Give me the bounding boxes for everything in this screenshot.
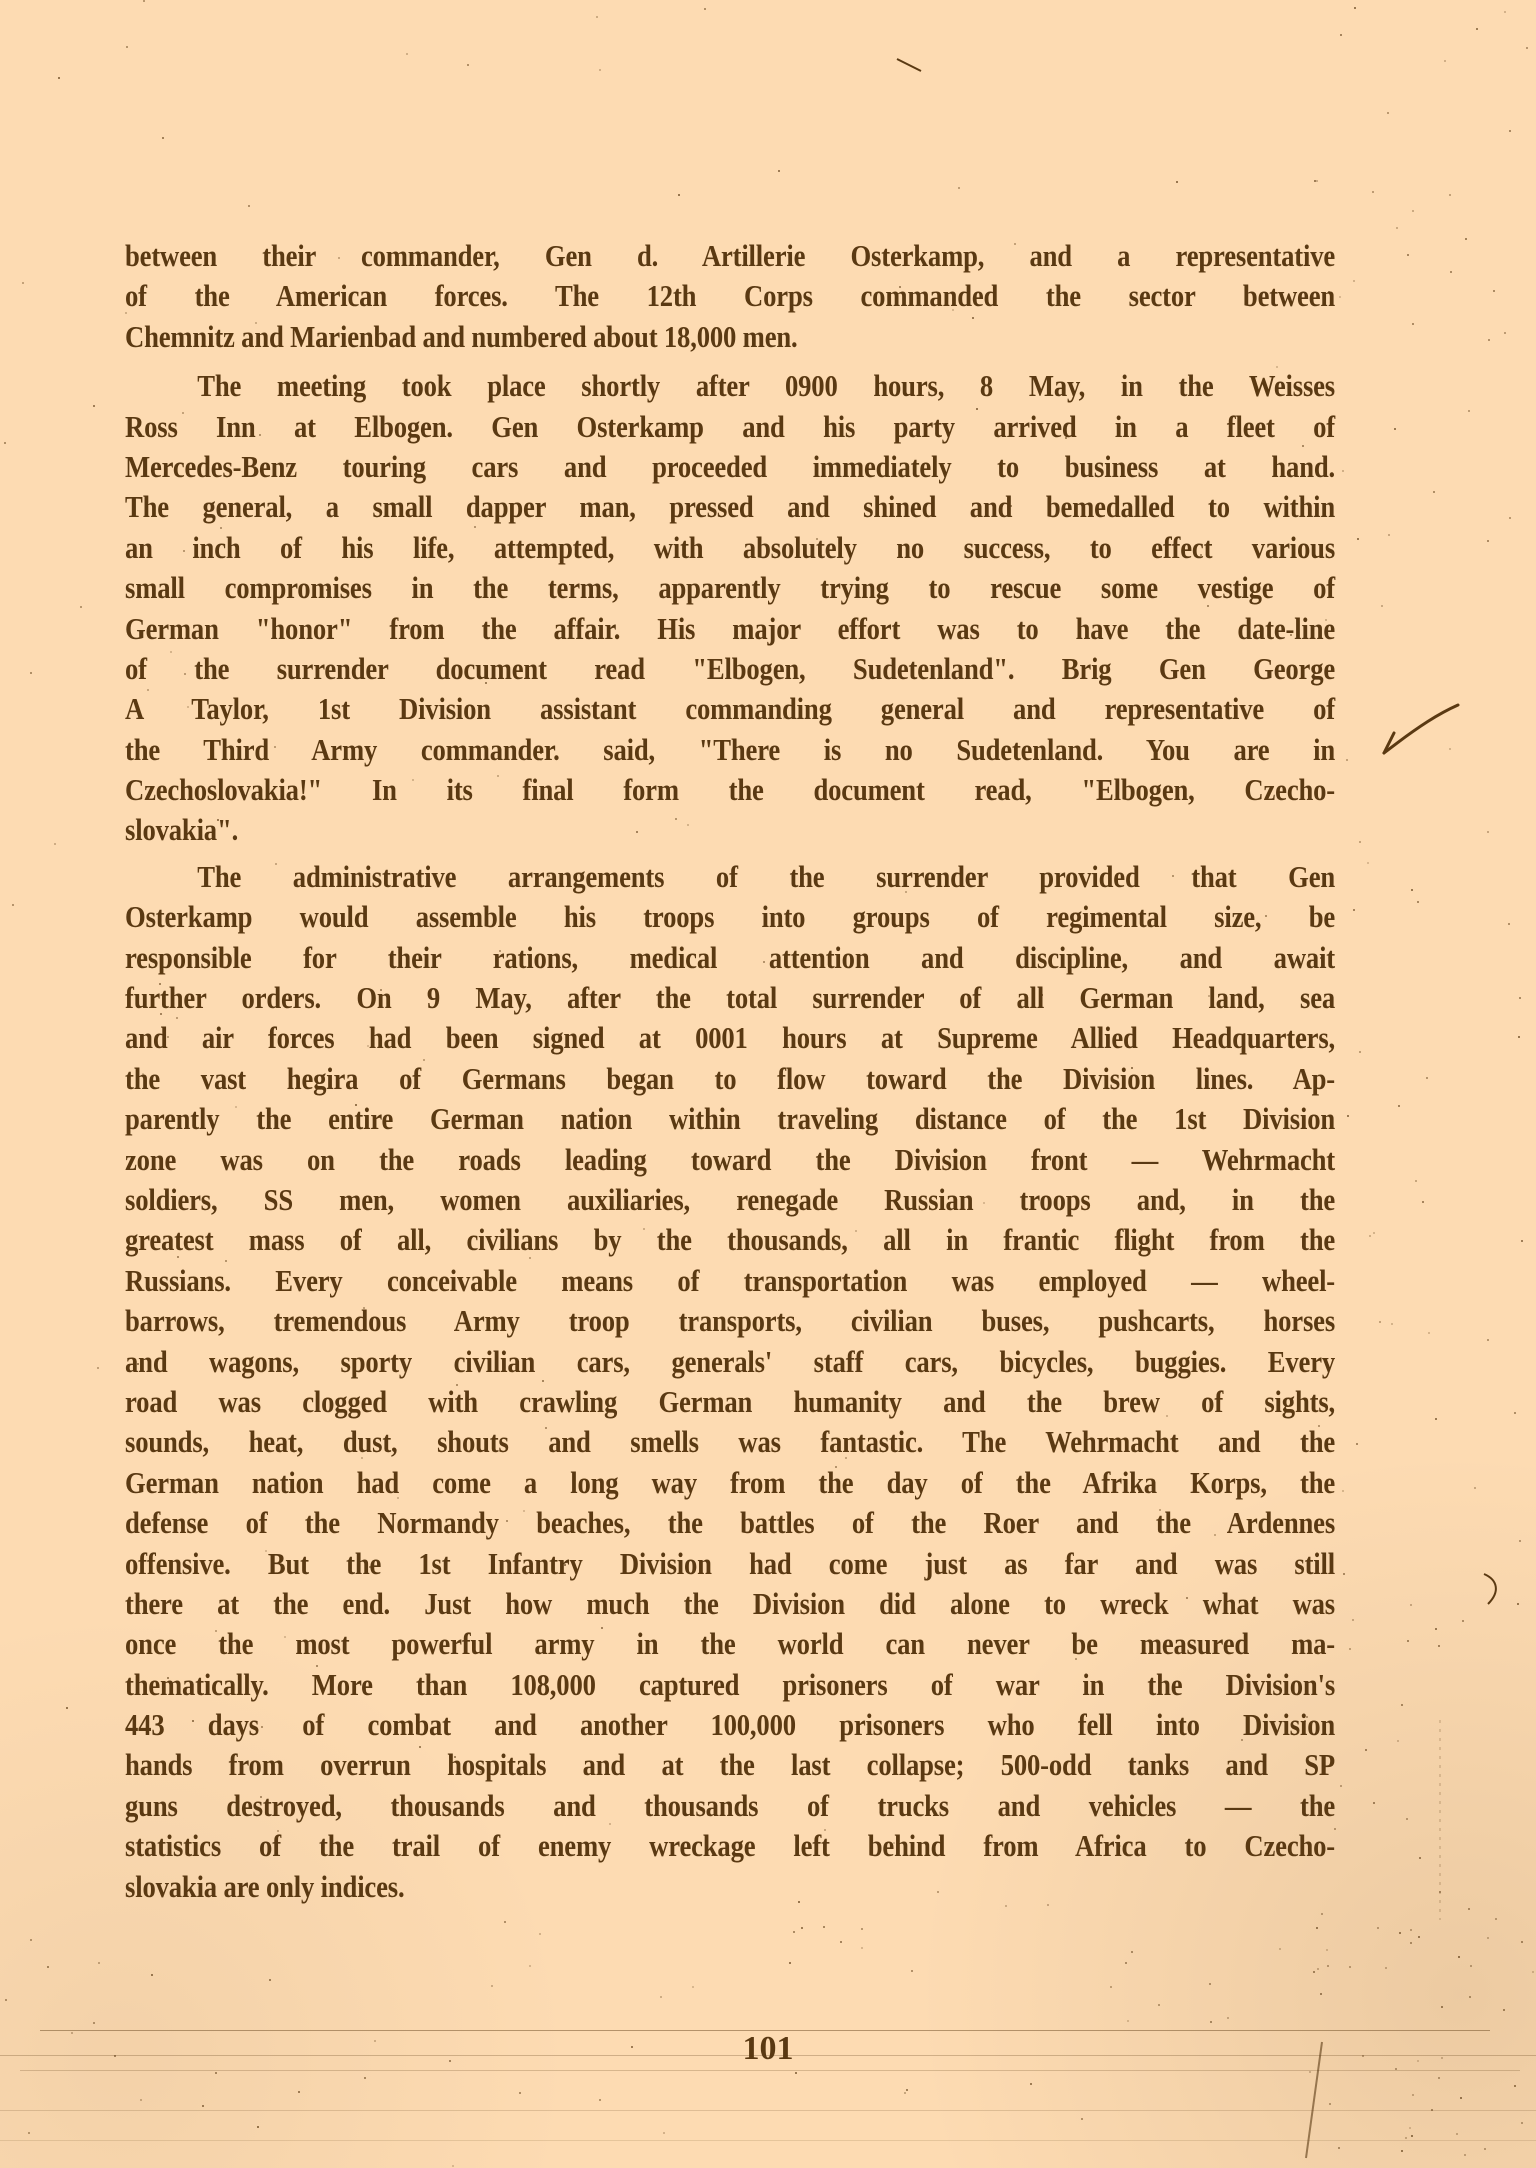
text-line: Russians. Every conceivable means of tra… (125, 1261, 1335, 1301)
text-line: between their commander, Gen d. Artiller… (125, 236, 1335, 276)
text-line: slovakia are only indices. (125, 1867, 1335, 1907)
text-line: road was clogged with crawling German hu… (125, 1382, 1335, 1422)
text-line: further orders. On 9 May, after the tota… (125, 978, 1335, 1018)
text-line: The meeting took place shortly after 090… (125, 366, 1335, 406)
text-line: an inch of his life, attempted, with abs… (125, 528, 1335, 568)
text-line: barrows, tremendous Army troop transport… (125, 1301, 1335, 1341)
paragraph-3: The administrative arrangements of the s… (125, 857, 1335, 1907)
text-line: hands from overrun hospitals and at the … (125, 1745, 1335, 1785)
text-line: parently the entire German nation within… (125, 1099, 1335, 1139)
text-line: 443 days of combat and another 100,000 p… (125, 1705, 1335, 1745)
text-line: slovakia". (125, 810, 1335, 850)
text-line: A Taylor, 1st Division assistant command… (125, 689, 1335, 729)
text-line: there at the end. Just how much the Divi… (125, 1584, 1335, 1624)
scanned-page: between their commander, Gen d. Artiller… (0, 0, 1536, 2168)
text-line: Chemnitz and Marienbad and numbered abou… (125, 317, 1335, 357)
text-line: small compromises in the terms, apparent… (125, 568, 1335, 608)
text-line: the Third Army commander. said, "There i… (125, 730, 1335, 770)
text-line: the vast hegira of Germans began to flow… (125, 1059, 1335, 1099)
text-line: of the surrender document read "Elbogen,… (125, 649, 1335, 689)
body-text: between their commander, Gen d. Artiller… (125, 236, 1335, 1907)
text-line: German "honor" from the affair. His majo… (125, 609, 1335, 649)
text-line: and air forces had been signed at 0001 h… (125, 1018, 1335, 1058)
text-line: Osterkamp would assemble his troops into… (125, 897, 1335, 937)
handwritten-arrow-mark (1380, 695, 1460, 755)
text-line: offensive. But the 1st Infantry Division… (125, 1544, 1335, 1584)
text-line: of the American forces. The 12th Corps c… (125, 276, 1335, 316)
text-line: Mercedes-Benz touring cars and proceeded… (125, 447, 1335, 487)
text-line: The general, a small dapper man, pressed… (125, 487, 1335, 527)
stray-mark (1435, 1720, 1445, 1920)
text-line: Czechoslovakia!" In its final form the d… (125, 770, 1335, 810)
text-line: sounds, heat, dust, shouts and smells wa… (125, 1422, 1335, 1462)
paragraph-2: The meeting took place shortly after 090… (125, 366, 1335, 851)
text-line: once the most powerful army in the world… (125, 1624, 1335, 1664)
text-line: responsible for their rations, medical a… (125, 938, 1335, 978)
scan-artifact-line (0, 2140, 1536, 2141)
scan-artifact-line (0, 2110, 1536, 2111)
text-line: and wagons, sporty civilian cars, genera… (125, 1342, 1335, 1382)
page-number: 101 (0, 2030, 1536, 2068)
text-line: The administrative arrangements of the s… (125, 857, 1335, 897)
text-line: soldiers, SS men, women auxiliaries, ren… (125, 1180, 1335, 1220)
text-line: German nation had come a long way from t… (125, 1463, 1335, 1503)
stray-mark (1480, 1570, 1510, 1610)
text-line: thematically. More than 108,000 captured… (125, 1665, 1335, 1705)
text-line: guns destroyed, thousands and thousands … (125, 1786, 1335, 1826)
text-line: zone was on the roads leading toward the… (125, 1140, 1335, 1180)
paragraph-1: between their commander, Gen d. Artiller… (125, 236, 1335, 357)
stray-mark (895, 55, 925, 75)
scan-artifact-line (20, 2070, 1520, 2071)
text-line: greatest mass of all, civilians by the t… (125, 1220, 1335, 1260)
text-line: Ross Inn at Elbogen. Gen Osterkamp and h… (125, 407, 1335, 447)
text-line: statistics of the trail of enemy wreckag… (125, 1826, 1335, 1866)
text-line: defense of the Normandy beaches, the bat… (125, 1503, 1335, 1543)
